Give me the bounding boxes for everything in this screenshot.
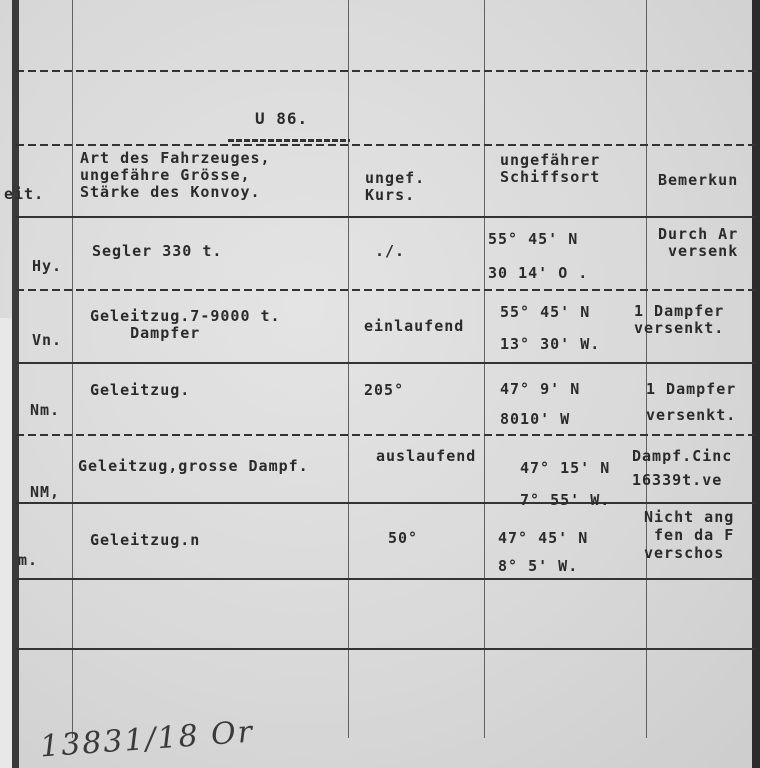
row-vessel: Geleitzug.7-9000 t. Dampfer [90,308,281,342]
row-course: 50° [388,530,418,547]
header-position: ungefährer Schiffsort [500,152,600,186]
header-time-fragment: eit. [4,186,44,203]
heading-underline [228,139,350,142]
column-divider [348,0,349,738]
row-course: 205° [364,382,404,399]
row-course: auslaufend [376,448,476,465]
row-remarks: Durch Ar versenk [658,226,738,260]
row-vessel: Geleitzug,grosse Dampf. [78,458,309,475]
row-divider [16,70,756,72]
row-position: 47° 15' N 7° 55' W. [520,452,610,516]
header-remarks: Bemerkun [658,172,738,189]
column-divider [72,0,73,738]
scanned-document-page: U 86. eit. Art des Fahrzeuges, ungefähre… [0,0,760,768]
row-remarks: 1 Dampfer versenkt. [646,376,736,428]
row-time: m. [18,552,38,569]
header-course: ungef. Kurs. [365,170,425,204]
row-divider [16,216,756,218]
binding-edge [12,0,19,768]
row-remarks: Dampf.Cinc 16339t.ve [632,444,732,492]
row-course: ./. [375,243,405,260]
page-edge-right [752,0,760,768]
column-divider [484,0,485,738]
row-course: einlaufend [364,318,464,335]
row-divider [16,502,756,504]
row-divider [16,648,756,650]
row-vessel: Geleitzug.n [90,532,200,549]
row-vessel: Geleitzug. [90,382,190,399]
row-time: Hy. [32,258,62,275]
header-vessel: Art des Fahrzeuges, ungefähre Grösse, St… [80,150,271,201]
row-remarks: 1 Dampfer versenkt. [634,303,724,337]
row-time: Vn. [32,332,62,349]
column-divider [646,0,647,738]
row-divider [16,144,756,146]
row-time: NM, [30,484,60,501]
row-position: 55° 45' N 13° 30' W. [500,296,600,360]
row-divider [16,434,756,436]
row-divider [16,289,756,291]
row-position: 47° 45' N 8° 5' W. [498,524,588,580]
row-position: 55° 45' N 30 14' O . [488,222,588,290]
row-vessel: Segler 330 t. [92,243,222,260]
row-remarks: Nicht ang fen da F verschos [644,508,734,562]
row-position: 47° 9' N 8010' W [500,374,580,434]
row-divider [16,362,756,364]
row-time: Nm. [30,402,60,419]
row-divider [16,578,756,580]
document-heading: U 86. [255,110,308,127]
